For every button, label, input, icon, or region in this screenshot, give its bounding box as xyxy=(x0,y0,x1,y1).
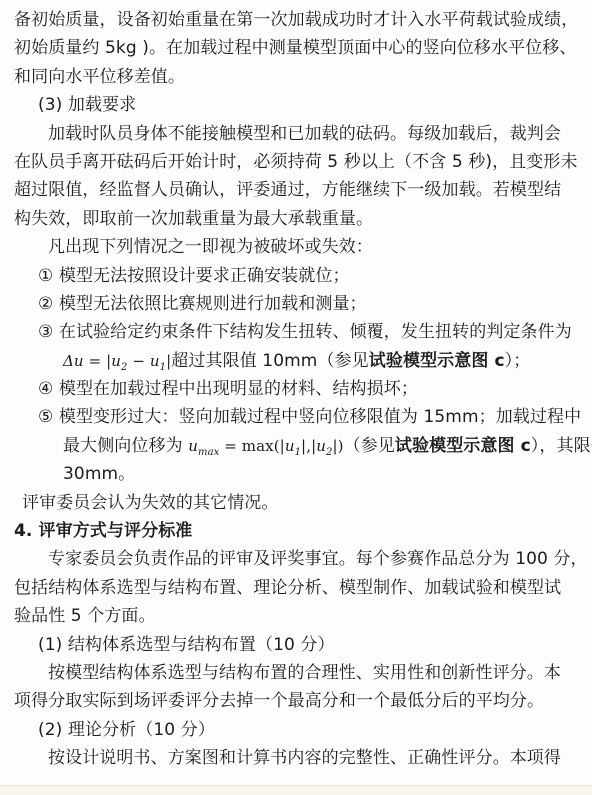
text-run: ④ 模型在加载过程中出现明显的材料、结构损坏； xyxy=(38,379,418,399)
document-text-block: 备初始质量，设备初始重量在第一次加载成功时才计入水平荷载试验成绩，初始质量约 5… xyxy=(0,0,592,773)
text-line: ④ 模型在加载过程中出现明显的材料、结构损坏； xyxy=(14,375,582,403)
text-run: 和同向水平位移差值。 xyxy=(14,67,185,87)
text-line: 4. 评审方式与评分标准 xyxy=(14,517,582,545)
text-run: 按设计说明书、方案图和计算书内容的完整性、正确性评分。本项得 xyxy=(48,748,561,768)
text-run: 30mm。 xyxy=(63,464,135,484)
text-run: (2) 理论分析（10 分） xyxy=(38,720,215,740)
math-run: u xyxy=(188,437,198,455)
text-run: 按模型结构体系选型与结构布置的合理性、实用性和创新性评分。本 xyxy=(48,663,561,683)
page-bottom-edge xyxy=(0,785,592,795)
text-line: ③ 在试验给定约束条件下结构发生扭转、倾覆，发生扭转的判定条件为 xyxy=(14,318,582,346)
text-line: (2) 理论分析（10 分） xyxy=(14,716,582,744)
text-run: ③ 在试验给定约束条件下结构发生扭转、倾覆，发生扭转的判定条件为 xyxy=(38,322,572,342)
math-run: = | xyxy=(84,352,112,370)
text-line: 专家委员会负责作品的评审及评奖事宜。每个参赛作品总分为 100 分， xyxy=(14,545,582,573)
text-line: 最大侧向位移为 umax = max(|u1|,|u2|)（参见试验模型示意图 … xyxy=(14,432,582,460)
text-run: 评审委员会认为失效的其它情况。 xyxy=(22,493,279,513)
text-line: 备初始质量，设备初始重量在第一次加载成功时才计入水平荷载试验成绩， xyxy=(14,6,582,34)
math-run: u xyxy=(316,437,326,455)
document-page: 备初始质量，设备初始重量在第一次加载成功时才计入水平荷载试验成绩，初始质量约 5… xyxy=(0,0,592,795)
text-run: （参见 xyxy=(344,436,395,456)
text-line: 构失效，即取前一次加载重量为最大承载重量。 xyxy=(14,205,582,233)
text-line: ② 模型无法依照比赛规则进行加载和测量； xyxy=(14,290,582,318)
math-run: Δu xyxy=(63,352,84,370)
bold-text-run: 试验模型示意图 c xyxy=(369,351,505,371)
math-run: max xyxy=(198,447,219,458)
text-line: Δu = |u2 − u1|超过其限值 10mm（参见试验模型示意图 c）； xyxy=(14,347,582,375)
text-run: 构失效，即取前一次加载重量为最大承载重量。 xyxy=(14,209,373,229)
math-run: |) xyxy=(332,437,343,455)
text-run: 在队员手离开砝码后开始计时，必须持荷 5 秒以上（不含 5 秒)，且变形未 xyxy=(14,152,578,172)
text-run: ）； xyxy=(505,351,531,371)
text-line: ⑤ 模型变形过大：竖向加载过程中竖向位移限值为 15mm；加载过程中 xyxy=(14,403,582,431)
text-run: 超过其限值 10mm（参见 xyxy=(171,351,368,371)
text-run: ② 模型无法依照比赛规则进行加载和测量； xyxy=(38,294,367,314)
text-run: 项得分取实际到场评委评分去掉一个最高分和一个最低分后的平均分。 xyxy=(14,691,544,711)
text-line: 凡出现下列情况之一即视为被破坏或失效： xyxy=(14,233,582,261)
text-line: 加载时队员身体不能接触模型和已加载的砝码。每级加载后，裁判会 xyxy=(14,120,582,148)
text-run: (3) 加载要求 xyxy=(38,95,136,115)
text-line: 验品性 5 个方面。 xyxy=(14,602,582,630)
math-run: u xyxy=(150,352,160,370)
text-line: 30mm。 xyxy=(14,460,582,488)
text-run: ），其限值为 xyxy=(531,436,592,456)
bold-text-run: 4. 评审方式与评分标准 xyxy=(14,521,192,541)
text-line: ① 模型无法按照设计要求正确安装就位； xyxy=(14,262,582,290)
text-line: 包括结构体系选型与结构布置、理论分析、模型制作、加载试验和模型试 xyxy=(14,574,582,602)
text-run: 包括结构体系选型与结构布置、理论分析、模型制作、加载试验和模型试 xyxy=(14,578,561,598)
bold-text-run: 试验模型示意图 c xyxy=(395,436,531,456)
text-line: 评审委员会认为失效的其它情况。 xyxy=(14,489,582,517)
text-line: 按设计说明书、方案图和计算书内容的完整性、正确性评分。本项得 xyxy=(14,744,582,772)
text-run: ① 模型无法按照设计要求正确安装就位； xyxy=(38,266,350,286)
math-run: u xyxy=(285,437,295,455)
text-run: 凡出现下列情况之一即视为被破坏或失效： xyxy=(48,237,373,257)
text-run: 加载时队员身体不能接触模型和已加载的砝码。每级加载后，裁判会 xyxy=(48,124,561,144)
text-run: 初始质量约 5kg )。在加载过程中测量模型顶面中心的竖向位移水平位移、 xyxy=(14,38,577,58)
math-run: = max(| xyxy=(219,437,284,455)
text-run: 超过限值，经监督人员确认，评委通过，方能继续下一级加载。若模型结 xyxy=(14,180,561,200)
text-line: (1) 结构体系选型与结构布置（10 分） xyxy=(14,631,582,659)
text-line: 按模型结构体系选型与结构布置的合理性、实用性和创新性评分。本 xyxy=(14,659,582,687)
math-run: u xyxy=(111,352,121,370)
text-run: (1) 结构体系选型与结构布置（10 分） xyxy=(38,635,335,655)
text-run: 验品性 5 个方面。 xyxy=(14,606,156,626)
math-run: − xyxy=(128,352,150,370)
text-line: 项得分取实际到场评委评分去掉一个最高分和一个最低分后的平均分。 xyxy=(14,687,582,715)
text-run: ⑤ 模型变形过大：竖向加载过程中竖向位移限值为 15mm；加载过程中 xyxy=(38,407,581,427)
text-run: 专家委员会负责作品的评审及评奖事宜。每个参赛作品总分为 100 分， xyxy=(48,549,588,569)
text-line: 超过限值，经监督人员确认，评委通过，方能继续下一级加载。若模型结 xyxy=(14,176,582,204)
text-line: 初始质量约 5kg )。在加载过程中测量模型顶面中心的竖向位移水平位移、 xyxy=(14,34,582,62)
text-run: 备初始质量，设备初始重量在第一次加载成功时才计入水平荷载试验成绩， xyxy=(14,10,578,30)
text-run: 最大侧向位移为 xyxy=(63,436,188,456)
text-line: 在队员手离开砝码后开始计时，必须持荷 5 秒以上（不含 5 秒)，且变形未 xyxy=(14,148,582,176)
math-run: |,| xyxy=(301,437,316,455)
text-line: 和同向水平位移差值。 xyxy=(14,63,582,91)
text-line: (3) 加载要求 xyxy=(14,91,582,119)
